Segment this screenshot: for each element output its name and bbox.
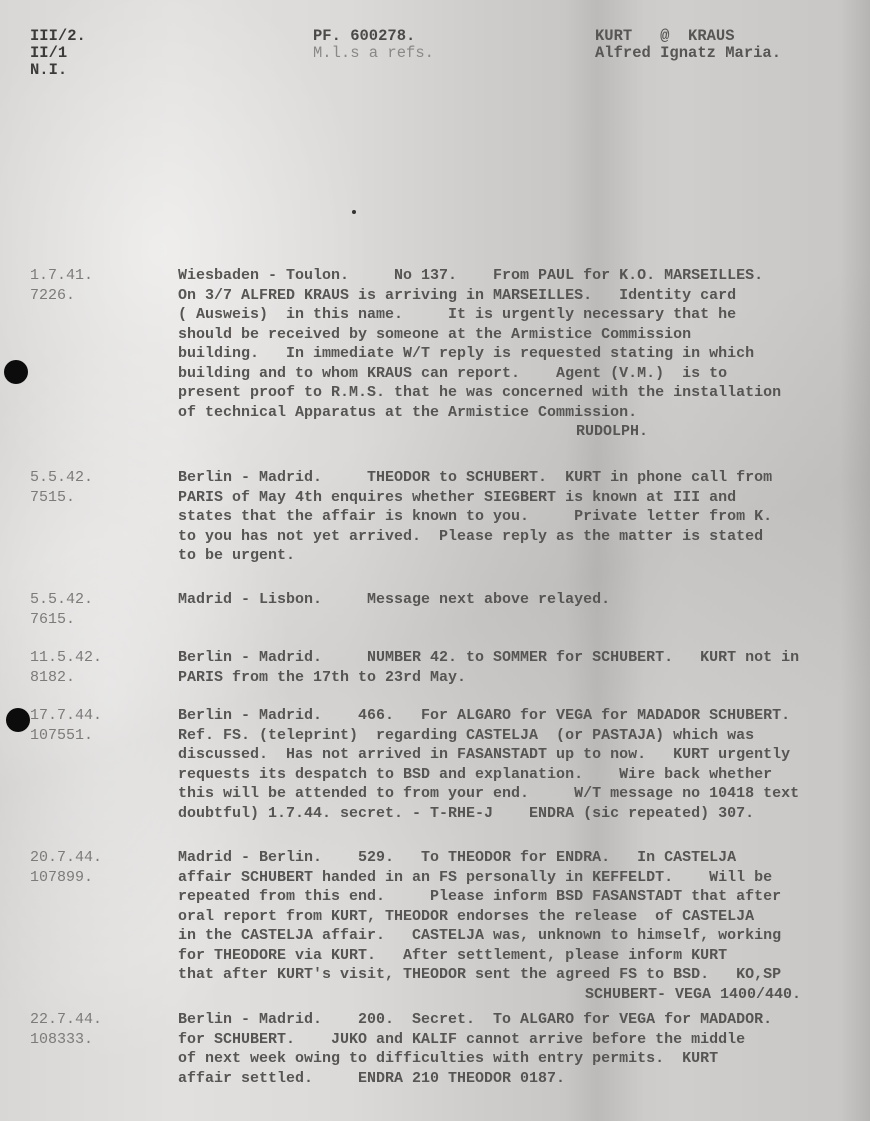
entry-text-line: building and to whom KRAUS can report. A… — [178, 364, 868, 384]
entry-text-line: PARIS of May 4th enquires whether SIEGBE… — [178, 488, 868, 508]
entry-text-line: in the CASTELJA affair. CASTELJA was, un… — [178, 926, 868, 946]
entry-text-line: present proof to R.M.S. that he was conc… — [178, 383, 868, 403]
entry-text-line: PARIS from the 17th to 23rd May. — [178, 668, 868, 688]
entry-text-line: Madrid - Lisbon. Message next above rela… — [178, 590, 868, 610]
entry-text-line: On 3/7 ALFRED KRAUS is arriving in MARSE… — [178, 286, 868, 306]
entry-text-line: requests its despatch to BSD and explana… — [178, 765, 868, 785]
entry-text-line: doubtful) 1.7.44. secret. - T-RHE-J ENDR… — [178, 804, 868, 824]
entry-text-line: Berlin - Madrid. NUMBER 42. to SOMMER fo… — [178, 648, 868, 668]
punch-hole — [6, 708, 30, 732]
section-ref: III/2. — [30, 27, 86, 45]
file-reference: PF. 600278. M.l.s a refs. — [313, 28, 434, 62]
entry-text-line: Madrid - Berlin. 529. To THEODOR for END… — [178, 848, 868, 868]
entry-text-line: Berlin - Madrid. THEODOR to SCHUBERT. KU… — [178, 468, 868, 488]
entry-body: Berlin - Madrid. THEODOR to SCHUBERT. KU… — [178, 468, 868, 566]
entry-reference: 5.5.42. 7515. — [30, 468, 93, 507]
entry-number: 108333. — [30, 1031, 93, 1048]
file-ref-number: PF. 600278. — [313, 27, 415, 45]
entry-text-line: affair SCHUBERT handed in an FS personal… — [178, 868, 868, 888]
entry-date: 5.5.42. — [30, 591, 93, 608]
entry-text-line: to be urgent. — [178, 546, 868, 566]
document-page: III/2. II/1 N.I. PF. 600278. M.l.s a ref… — [0, 0, 870, 1121]
entry-text-line: affair settled. ENDRA 210 THEODOR 0187. — [178, 1069, 868, 1089]
entry-date: 1.7.41. — [30, 267, 93, 284]
entry-date: 22.7.44. — [30, 1011, 102, 1028]
entry-text-line: ( Ausweis) in this name. It is urgently … — [178, 305, 868, 325]
entry-reference: 1.7.41. 7226. — [30, 266, 93, 305]
subject-surname: KURT @ KRAUS — [595, 27, 735, 45]
entry-text-line: should be received by someone at the Arm… — [178, 325, 868, 345]
entry-text-line: oral report from KURT, THEODOR endorses … — [178, 907, 868, 927]
section-refs: III/2. II/1 N.I. — [30, 28, 86, 79]
entry-text-line: for SCHUBERT. JUKO and KALIF cannot arri… — [178, 1030, 868, 1050]
subject-given-names: Alfred Ignatz Maria. — [595, 44, 781, 62]
entry-date: 20.7.44. — [30, 849, 102, 866]
entry-text-line: Wiesbaden - Toulon. No 137. From PAUL fo… — [178, 266, 868, 286]
entry-text-line: states that the affair is known to you. … — [178, 507, 868, 527]
entry-text-line: repeated from this end. Please inform BS… — [178, 887, 868, 907]
entry-signature: SCHUBERT- VEGA 1400/440. — [178, 985, 868, 1005]
entry-text-line: for THEODORE via KURT. After settlement,… — [178, 946, 868, 966]
entry-number: 7226. — [30, 287, 75, 304]
entry-body: Berlin - Madrid. 466. For ALGARO for VEG… — [178, 706, 868, 823]
entry-number: 107551. — [30, 727, 93, 744]
entry-text-line: discussed. Has not arrived in FASANSTADT… — [178, 745, 868, 765]
entry-body: Madrid - Lisbon. Message next above rela… — [178, 590, 868, 610]
entry-text-line: Ref. FS. (teleprint) regarding CASTELJA … — [178, 726, 868, 746]
entry-date: 5.5.42. — [30, 469, 93, 486]
entry-date: 11.5.42. — [30, 649, 102, 666]
entry-reference: 11.5.42. 8182. — [30, 648, 102, 687]
file-ref-sub: M.l.s a refs. — [313, 44, 434, 62]
entry-number: 7515. — [30, 489, 75, 506]
entry-number: 8182. — [30, 669, 75, 686]
entry-text-line: building. In immediate W/T reply is requ… — [178, 344, 868, 364]
entry-text-line: Berlin - Madrid. 200. Secret. To ALGARO … — [178, 1010, 868, 1030]
entry-number: 7615. — [30, 611, 75, 628]
subject-name: KURT @ KRAUS Alfred Ignatz Maria. — [595, 28, 781, 62]
entry-body: Wiesbaden - Toulon. No 137. From PAUL fo… — [178, 266, 868, 442]
entry-reference: 5.5.42. 7615. — [30, 590, 93, 629]
entry-reference: 22.7.44. 108333. — [30, 1010, 102, 1049]
ink-dot — [352, 210, 356, 214]
punch-hole — [4, 360, 28, 384]
section-ref: II/1 — [30, 44, 67, 62]
entry-body: Berlin - Madrid. 200. Secret. To ALGARO … — [178, 1010, 868, 1088]
entry-signature: RUDOLPH. — [178, 422, 868, 442]
entry-text-line: of technical Apparatus at the Armistice … — [178, 403, 868, 423]
entry-text-line: Berlin - Madrid. 466. For ALGARO for VEG… — [178, 706, 868, 726]
entry-text-line: of next week owing to difficulties with … — [178, 1049, 868, 1069]
entry-number: 107899. — [30, 869, 93, 886]
entry-date: 17.7.44. — [30, 707, 102, 724]
entry-text-line: this will be attended to from your end. … — [178, 784, 868, 804]
entry-text-line: that after KURT's visit, THEODOR sent th… — [178, 965, 868, 985]
entry-reference: 17.7.44. 107551. — [30, 706, 102, 745]
entry-reference: 20.7.44. 107899. — [30, 848, 102, 887]
entry-body: Berlin - Madrid. NUMBER 42. to SOMMER fo… — [178, 648, 868, 687]
section-ref: N.I. — [30, 61, 67, 79]
entry-text-line: to you has not yet arrived. Please reply… — [178, 527, 868, 547]
entry-body: Madrid - Berlin. 529. To THEODOR for END… — [178, 848, 868, 1004]
